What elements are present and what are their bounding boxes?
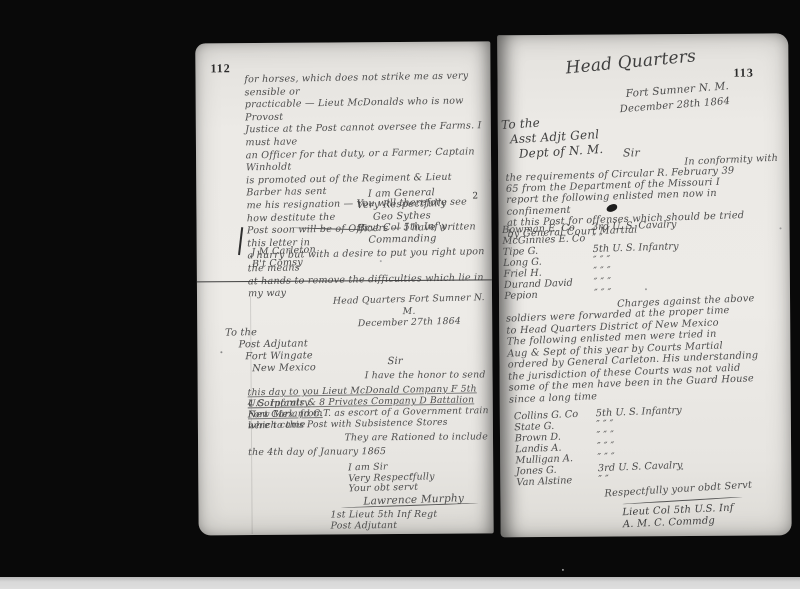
letter2-signature-titles: 1st Lieut 5th Inf Regt Post Adjutant <box>330 509 470 532</box>
soldier-unit: ″ ″ <box>598 474 609 485</box>
letter2-salutation: Sir <box>387 356 403 367</box>
margin-mark: 2 <box>472 191 478 201</box>
soldier-unit: 5th U. S. Infantry <box>596 405 682 419</box>
ration-note-left: the 4th day of January 1865 <box>248 446 386 458</box>
soldier-unit: ″ ″ ″ <box>597 441 615 453</box>
soldier-name: Van Alstine <box>516 474 598 488</box>
page-number-112: 112 <box>210 61 230 76</box>
letter2-closing: I am Sir Very Respectfully Your obt serv… <box>348 461 459 495</box>
page-112: 112 for horses, which does not strike me… <box>195 41 493 535</box>
endorsement-note: J M Carleton B't Comsy <box>251 242 362 270</box>
soldier-unit: ″ ″ ″ <box>597 452 615 464</box>
letter2-opening: I have the honor to send <box>338 369 486 381</box>
list-item: Van Alstine ″ ″ <box>516 474 609 489</box>
soldier-unit: ″ ″ ″ <box>596 430 614 442</box>
record-book-spread: 112 for horses, which does not strike me… <box>0 0 800 589</box>
letter2-dateline: Head Quarters Fort Sumner N. M. December… <box>329 292 490 330</box>
page-113: 113 Head Quarters Fort Sumner N. M. Dece… <box>497 33 791 537</box>
letter1-closing-signature: I am General Very Respectfully Geo Sythe… <box>334 186 470 246</box>
scanner-edge-strip <box>0 577 800 589</box>
dust-specks <box>259 141 261 143</box>
prisoner-list-2: Collins G. Co 5th U. S. Infantry State G… <box>489 29 799 542</box>
soldier-unit: 3rd U. S. Cavalry <box>598 460 683 474</box>
letter2-address: To the Post Adjutant Fort Wingate New Me… <box>225 326 316 375</box>
check-tick-mark <box>238 227 243 255</box>
soldier-unit: ″ ″ ″ <box>596 419 614 431</box>
microfilm-scan: 112 for horses, which does not strike me… <box>0 0 800 589</box>
ration-note-right: They are Rationed to include <box>338 431 488 443</box>
